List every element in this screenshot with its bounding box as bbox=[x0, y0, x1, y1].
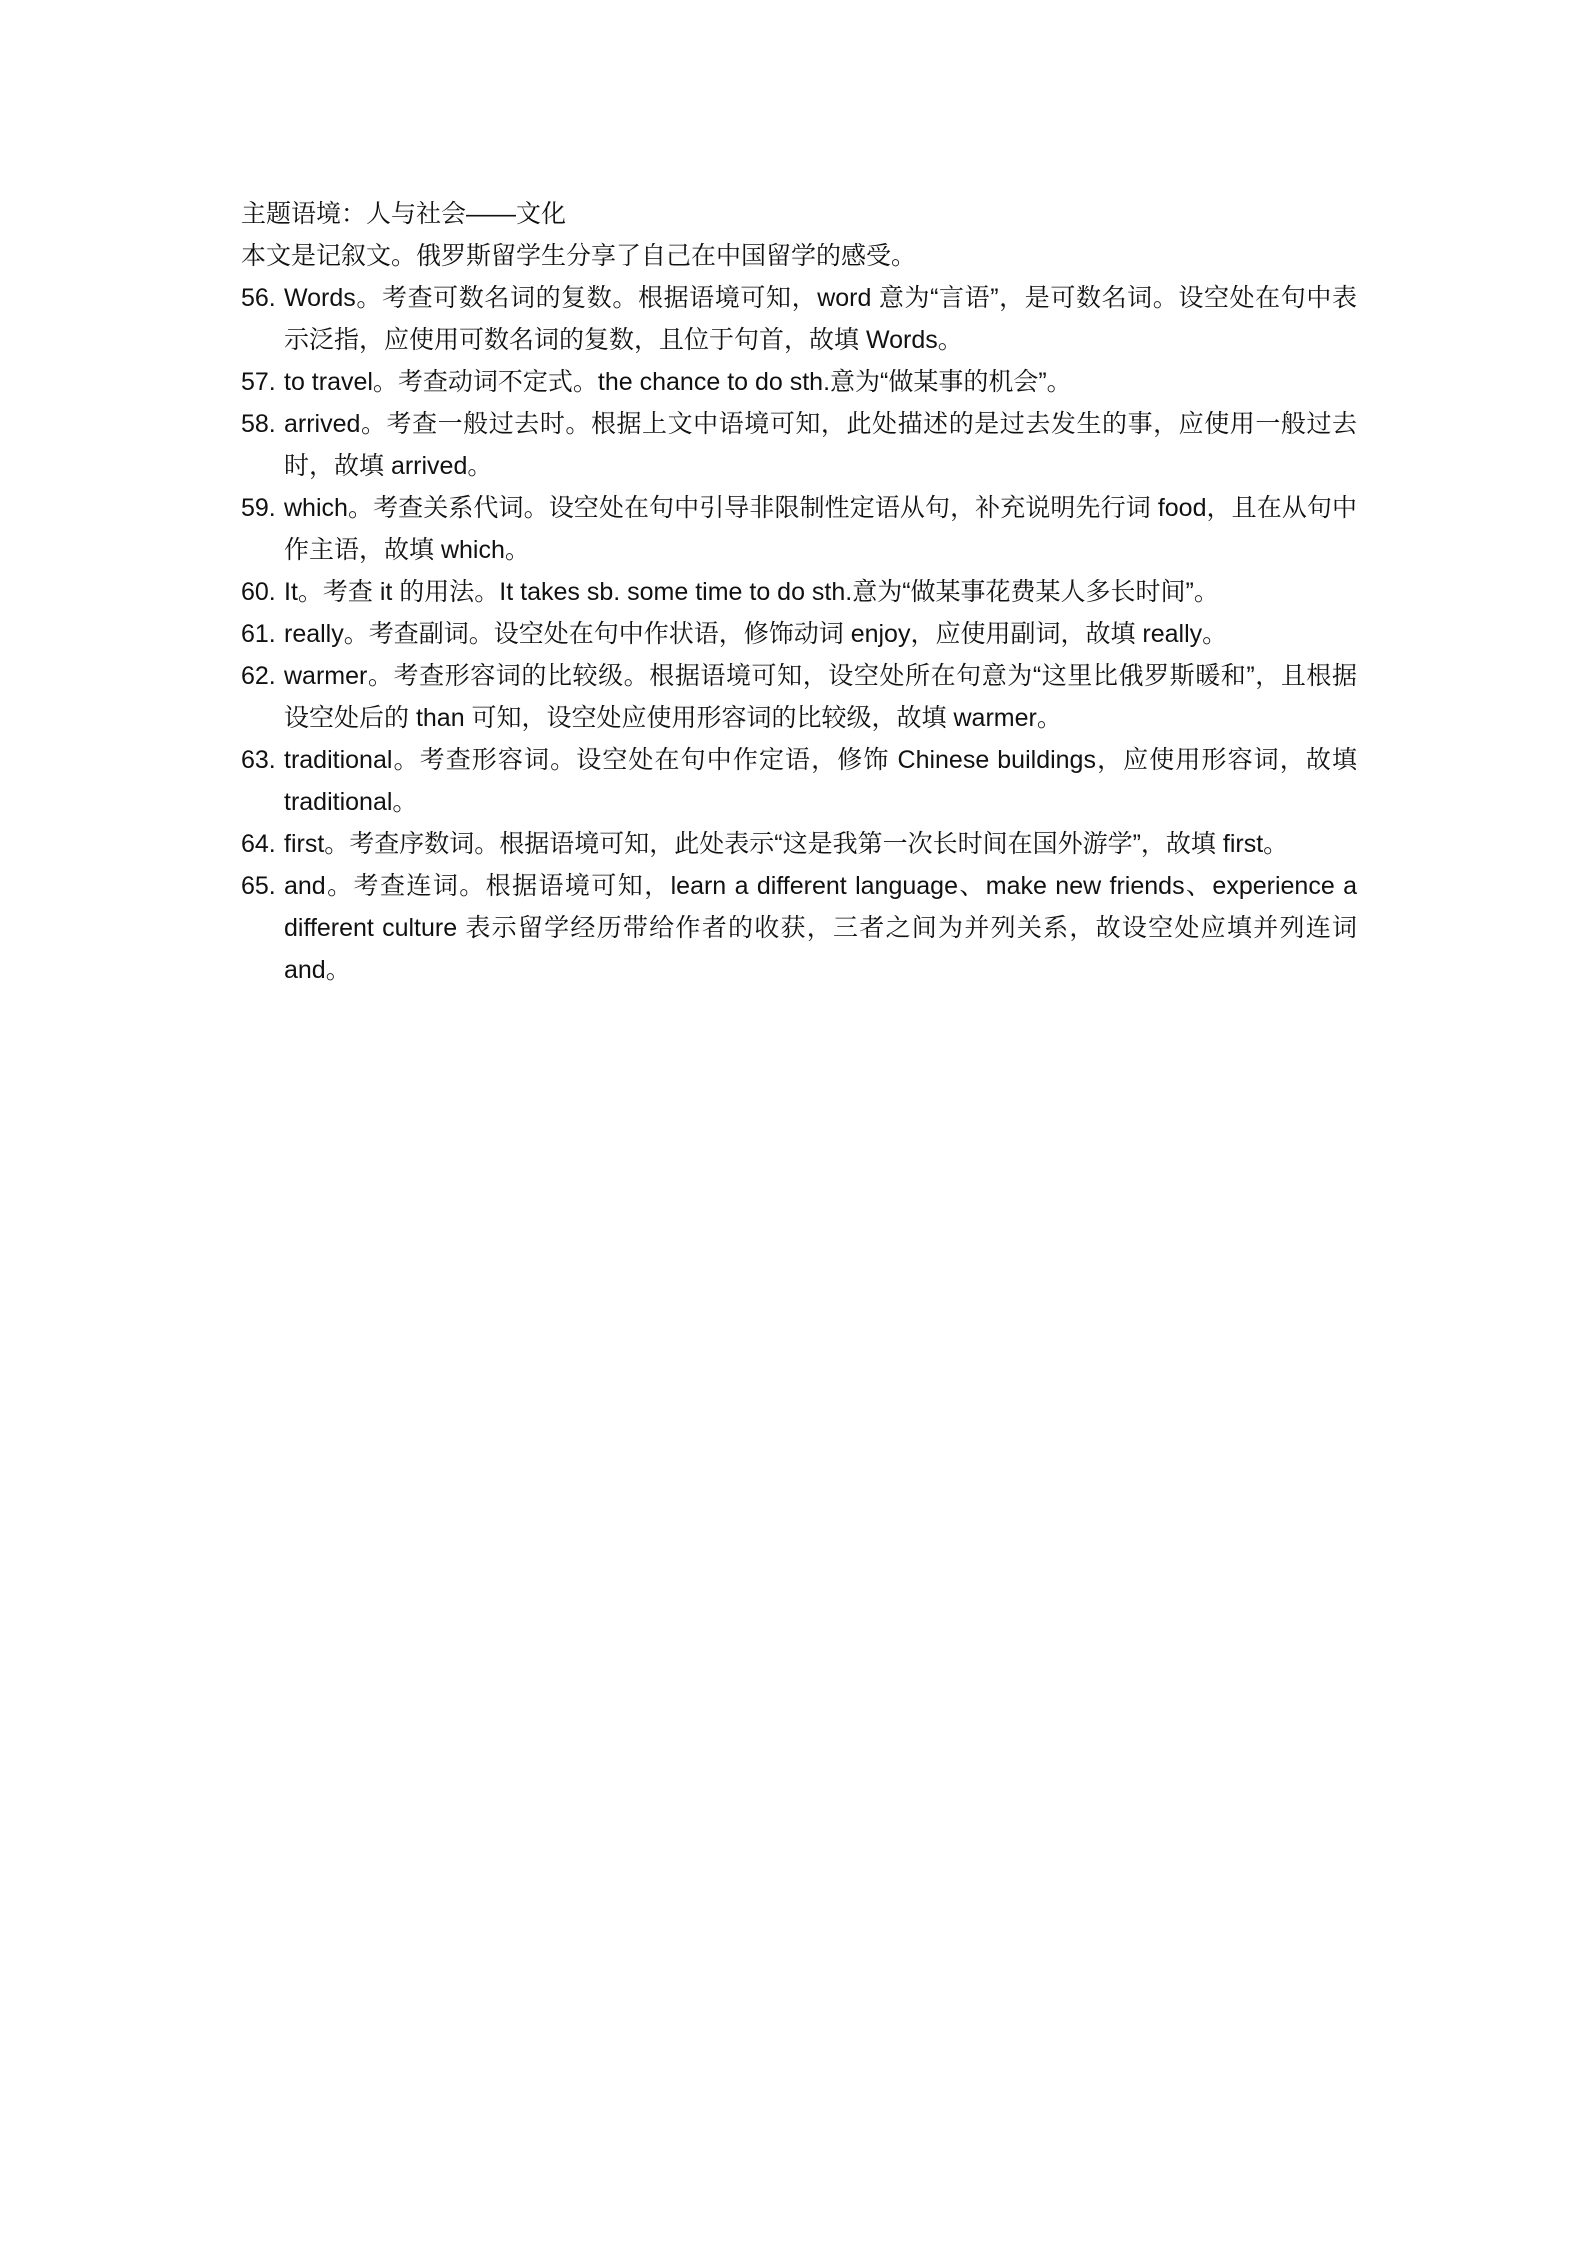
item-number: 59. bbox=[241, 487, 284, 529]
answer-item-61: 61.really。考查副词。设空处在句中作状语，修饰动词 enjoy，应使用副… bbox=[241, 613, 1357, 655]
item-text: which。考查关系代词。设空处在句中引导非限制性定语从句，补充说明先行词 fo… bbox=[284, 494, 1357, 564]
item-text: arrived。考查一般过去时。根据上文中语境可知，此处描述的是过去发生的事，应… bbox=[284, 410, 1357, 480]
document-page: 主题语境：人与社会——文化 本文是记叙文。俄罗斯留学生分享了自己在中国留学的感受… bbox=[241, 193, 1357, 991]
item-number: 61. bbox=[241, 613, 284, 655]
item-number: 57. bbox=[241, 361, 284, 403]
answer-item-56: 56.Words。考查可数名词的复数。根据语境可知，word 意为“言语”，是可… bbox=[241, 277, 1357, 361]
item-text: to travel。考查动词不定式。the chance to do sth.意… bbox=[284, 368, 1072, 396]
item-text: and。考查连词。根据语境可知，learn a different langua… bbox=[284, 872, 1357, 984]
item-text: traditional。考查形容词。设空处在句中作定语，修饰 Chinese b… bbox=[284, 746, 1357, 816]
item-number: 64. bbox=[241, 823, 284, 865]
theme-line: 主题语境：人与社会——文化 bbox=[241, 193, 1357, 235]
item-text: It。考查 it 的用法。It takes sb. some time to d… bbox=[284, 578, 1219, 606]
item-text: really。考查副词。设空处在句中作状语，修饰动词 enjoy，应使用副词，故… bbox=[284, 620, 1227, 648]
answer-item-64: 64.first。考查序数词。根据语境可知，此处表示“这是我第一次长时间在国外游… bbox=[241, 823, 1357, 865]
answer-item-59: 59.which。考查关系代词。设空处在句中引导非限制性定语从句，补充说明先行词… bbox=[241, 487, 1357, 571]
item-number: 63. bbox=[241, 739, 284, 781]
item-text: Words。考查可数名词的复数。根据语境可知，word 意为“言语”，是可数名词… bbox=[284, 284, 1357, 354]
answer-item-65: 65.and。考查连词。根据语境可知，learn a different lan… bbox=[241, 865, 1357, 991]
item-number: 56. bbox=[241, 277, 284, 319]
answer-item-58: 58.arrived。考查一般过去时。根据上文中语境可知，此处描述的是过去发生的… bbox=[241, 403, 1357, 487]
item-text: first。考查序数词。根据语境可知，此处表示“这是我第一次长时间在国外游学”，… bbox=[284, 830, 1288, 858]
item-text: warmer。考查形容词的比较级。根据语境可知，设空处所在句意为“这里比俄罗斯暖… bbox=[284, 662, 1357, 732]
answer-item-60: 60.It。考查 it 的用法。It takes sb. some time t… bbox=[241, 571, 1357, 613]
answer-item-57: 57.to travel。考查动词不定式。the chance to do st… bbox=[241, 361, 1357, 403]
summary-line: 本文是记叙文。俄罗斯留学生分享了自己在中国留学的感受。 bbox=[241, 235, 1357, 277]
item-number: 62. bbox=[241, 655, 284, 697]
item-number: 58. bbox=[241, 403, 284, 445]
answer-item-62: 62.warmer。考查形容词的比较级。根据语境可知，设空处所在句意为“这里比俄… bbox=[241, 655, 1357, 739]
item-number: 60. bbox=[241, 571, 284, 613]
answer-item-63: 63.traditional。考查形容词。设空处在句中作定语，修饰 Chines… bbox=[241, 739, 1357, 823]
item-number: 65. bbox=[241, 865, 284, 907]
